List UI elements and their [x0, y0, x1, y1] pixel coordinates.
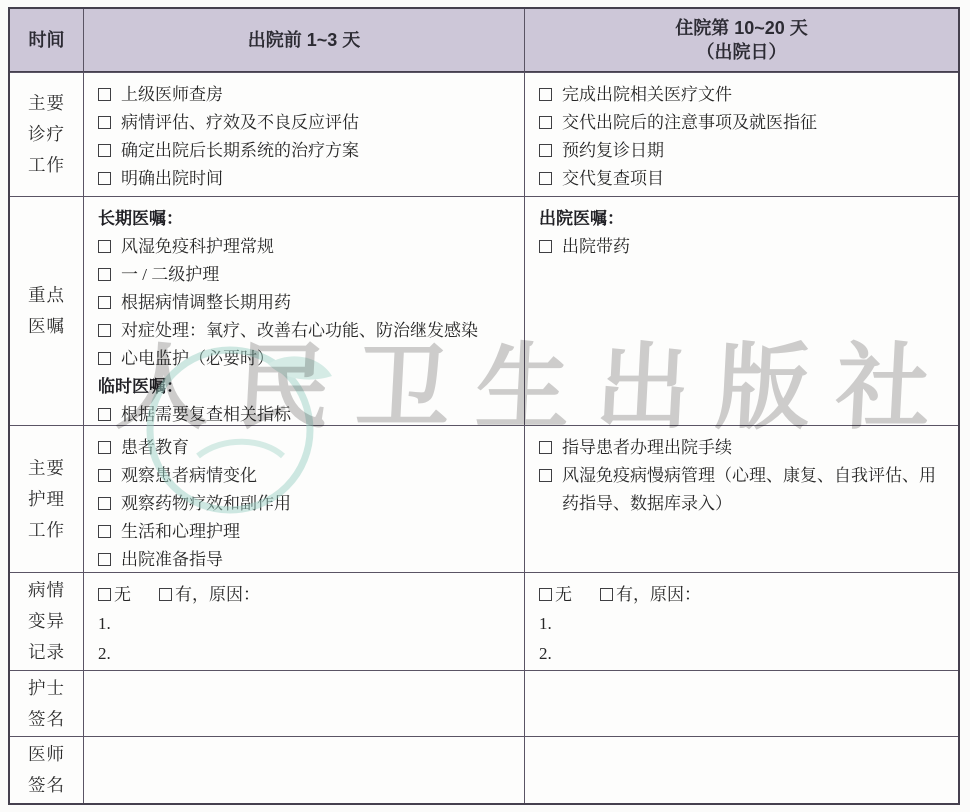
- checklist-item-label: 风湿免疫科护理常规: [121, 233, 274, 261]
- checklist-item-label: 完成出院相关医疗文件: [562, 81, 732, 109]
- header-before-discharge-label: 出院前 1~3 天: [248, 28, 361, 52]
- row-label-treatment: 主要诊疗工作: [10, 72, 83, 196]
- checklist-item: 根据病情调整长期用药: [98, 289, 512, 317]
- cell-nurse-signature-right: [524, 670, 958, 736]
- checklist-item: 心电监护（必要时）: [98, 345, 512, 373]
- cell-treatment-left: 上级医师查房 病情评估、疗效及不良反应评估 确定出院后长期系统的治疗方案 明确出…: [83, 72, 524, 196]
- checklist-item: 风湿免疫科护理常规: [98, 233, 512, 261]
- checkbox-icon: [159, 588, 172, 601]
- option-none-label: 无: [555, 581, 572, 609]
- option-none: 无: [539, 581, 572, 609]
- checkbox-icon: [600, 588, 613, 601]
- checklist-item-label: 根据需要复查相关指标: [121, 401, 291, 425]
- checkbox-icon: [539, 469, 552, 482]
- checklist-item: 观察患者病情变化: [98, 462, 512, 490]
- checkbox-icon: [98, 172, 111, 185]
- checkbox-icon: [98, 352, 111, 365]
- checklist-item-label: 指导患者办理出院手续: [562, 434, 732, 462]
- option-yes: 有，原因：: [600, 581, 701, 609]
- checklist-item: 交代出院后的注意事项及就医指征: [539, 109, 946, 137]
- checkbox-icon: [98, 497, 111, 510]
- checkbox-icon: [98, 144, 111, 157]
- variation-reason-line-2: 2.: [539, 639, 946, 669]
- option-yes: 有，原因：: [159, 581, 260, 609]
- checkbox-icon: [98, 525, 111, 538]
- checklist-item: 观察药物疗效和副作用: [98, 490, 512, 518]
- checkbox-icon: [98, 324, 111, 337]
- variation-reason-line-1: 1.: [539, 609, 946, 639]
- checklist-item-label: 明确出院时间: [121, 165, 223, 193]
- checkbox-icon: [539, 88, 552, 101]
- checklist-item-label: 患者教育: [121, 434, 189, 462]
- checklist-item: 确定出院后长期系统的治疗方案: [98, 137, 512, 165]
- checklist-item-label: 出院准备指导: [121, 546, 223, 572]
- row-label-doctor-signature: 医师签名: [10, 736, 83, 803]
- checklist-item: 病情评估、疗效及不良反应评估: [98, 109, 512, 137]
- checkbox-icon: [539, 172, 552, 185]
- cell-nurse-signature-left: [83, 670, 524, 736]
- row-label-nurse-signature: 护士签名: [10, 670, 83, 736]
- checklist-item: 患者教育: [98, 434, 512, 462]
- option-yes-label: 有，原因：: [616, 581, 701, 609]
- option-yes-label: 有，原因：: [175, 581, 260, 609]
- checkbox-icon: [98, 441, 111, 454]
- row-label-orders: 重点医嘱: [10, 196, 83, 425]
- checklist-item-label: 确定出院后长期系统的治疗方案: [121, 137, 359, 165]
- checklist-item: 生活和心理护理: [98, 518, 512, 546]
- checkbox-icon: [98, 588, 111, 601]
- checkbox-icon: [539, 240, 552, 253]
- checklist-item: 一 / 二级护理: [98, 261, 512, 289]
- variation-reason-line-1: 1.: [98, 609, 512, 639]
- variation-reason-line-2: 2.: [98, 639, 512, 669]
- temporary-orders-heading: 临时医嘱：: [98, 373, 512, 401]
- checklist-item: 指导患者办理出院手续: [539, 434, 946, 462]
- header-discharge-day-label-line2: （出院日）: [697, 40, 787, 64]
- checkbox-icon: [539, 441, 552, 454]
- cell-nursing-right: 指导患者办理出院手续 风湿免疫病慢病管理（心理、康复、自我评估、用药指导、数据库…: [524, 425, 958, 572]
- header-discharge-day-cell: 住院第 10~20 天 （出院日）: [524, 9, 958, 72]
- checklist-item-label: 观察患者病情变化: [121, 462, 257, 490]
- checklist-item-label: 交代复查项目: [562, 165, 664, 193]
- checklist-item-label: 根据病情调整长期用药: [121, 289, 291, 317]
- option-none-label: 无: [114, 581, 131, 609]
- header-before-discharge-cell: 出院前 1~3 天: [83, 9, 524, 72]
- cell-orders-left: 长期医嘱： 风湿免疫科护理常规 一 / 二级护理 根据病情调整长期用药 对症处理…: [83, 196, 524, 425]
- checklist-item: 明确出院时间: [98, 165, 512, 193]
- checkbox-icon: [539, 144, 552, 157]
- checklist-item-label: 观察药物疗效和副作用: [121, 490, 291, 518]
- checkbox-icon: [98, 296, 111, 309]
- checkbox-icon: [539, 116, 552, 129]
- cell-doctor-signature-right: [524, 736, 958, 803]
- checkbox-icon: [98, 408, 111, 421]
- discharge-orders-heading: 出院医嘱：: [539, 205, 946, 233]
- row-label-variation: 病情变异记录: [10, 572, 83, 670]
- header-time-label: 时间: [29, 28, 65, 52]
- checkbox-icon: [98, 240, 111, 253]
- cell-doctor-signature-left: [83, 736, 524, 803]
- checklist-item: 上级医师查房: [98, 81, 512, 109]
- cell-variation-left: 无 有，原因： 1. 2.: [83, 572, 524, 670]
- checklist-item-label: 病情评估、疗效及不良反应评估: [121, 109, 359, 137]
- checklist-item-label: 风湿免疫病慢病管理（心理、康复、自我评估、用药指导、数据库录入）: [562, 462, 946, 518]
- checkbox-icon: [98, 116, 111, 129]
- variation-options: 无 有，原因：: [539, 581, 946, 609]
- checklist-item-label: 生活和心理护理: [121, 518, 240, 546]
- cell-nursing-left: 患者教育 观察患者病情变化 观察药物疗效和副作用 生活和心理护理 出院准备指导: [83, 425, 524, 572]
- checklist-item-label: 上级医师查房: [121, 81, 223, 109]
- checklist-item-label: 出院带药: [562, 233, 630, 261]
- cell-variation-right: 无 有，原因： 1. 2.: [524, 572, 958, 670]
- cell-treatment-right: 完成出院相关医疗文件 交代出院后的注意事项及就医指征 预约复诊日期 交代复查项目: [524, 72, 958, 196]
- cell-orders-right: 出院医嘱： 出院带药: [524, 196, 958, 425]
- row-label-nursing: 主要护理工作: [10, 425, 83, 572]
- long-term-orders-heading: 长期医嘱：: [98, 205, 512, 233]
- clinical-pathway-table: 时间 出院前 1~3 天 住院第 10~20 天 （出院日） 主要诊疗工作 上级…: [8, 7, 960, 805]
- checkbox-icon: [539, 588, 552, 601]
- checklist-item: 交代复查项目: [539, 165, 946, 193]
- variation-options: 无 有，原因：: [98, 581, 512, 609]
- checkbox-icon: [98, 88, 111, 101]
- checkbox-icon: [98, 268, 111, 281]
- checklist-item-label: 一 / 二级护理: [121, 261, 219, 289]
- header-time-cell: 时间: [10, 9, 83, 72]
- checklist-item: 预约复诊日期: [539, 137, 946, 165]
- header-discharge-day-label-line1: 住院第 10~20 天: [675, 16, 808, 40]
- checklist-item: 对症处理：氧疗、改善右心功能、防治继发感染: [98, 317, 512, 345]
- checklist-item: 出院带药: [539, 233, 946, 261]
- checkbox-icon: [98, 553, 111, 566]
- checklist-item-label: 对症处理：氧疗、改善右心功能、防治继发感染: [121, 317, 478, 345]
- checklist-item-label: 预约复诊日期: [562, 137, 664, 165]
- checklist-item: 根据需要复查相关指标: [98, 401, 512, 425]
- checklist-item: 出院准备指导: [98, 546, 512, 572]
- option-none: 无: [98, 581, 131, 609]
- checklist-item-label: 心电监护（必要时）: [121, 345, 274, 373]
- checklist-item: 完成出院相关医疗文件: [539, 81, 946, 109]
- checklist-item: 风湿免疫病慢病管理（心理、康复、自我评估、用药指导、数据库录入）: [539, 462, 946, 518]
- checkbox-icon: [98, 469, 111, 482]
- checklist-item-label: 交代出院后的注意事项及就医指征: [562, 109, 817, 137]
